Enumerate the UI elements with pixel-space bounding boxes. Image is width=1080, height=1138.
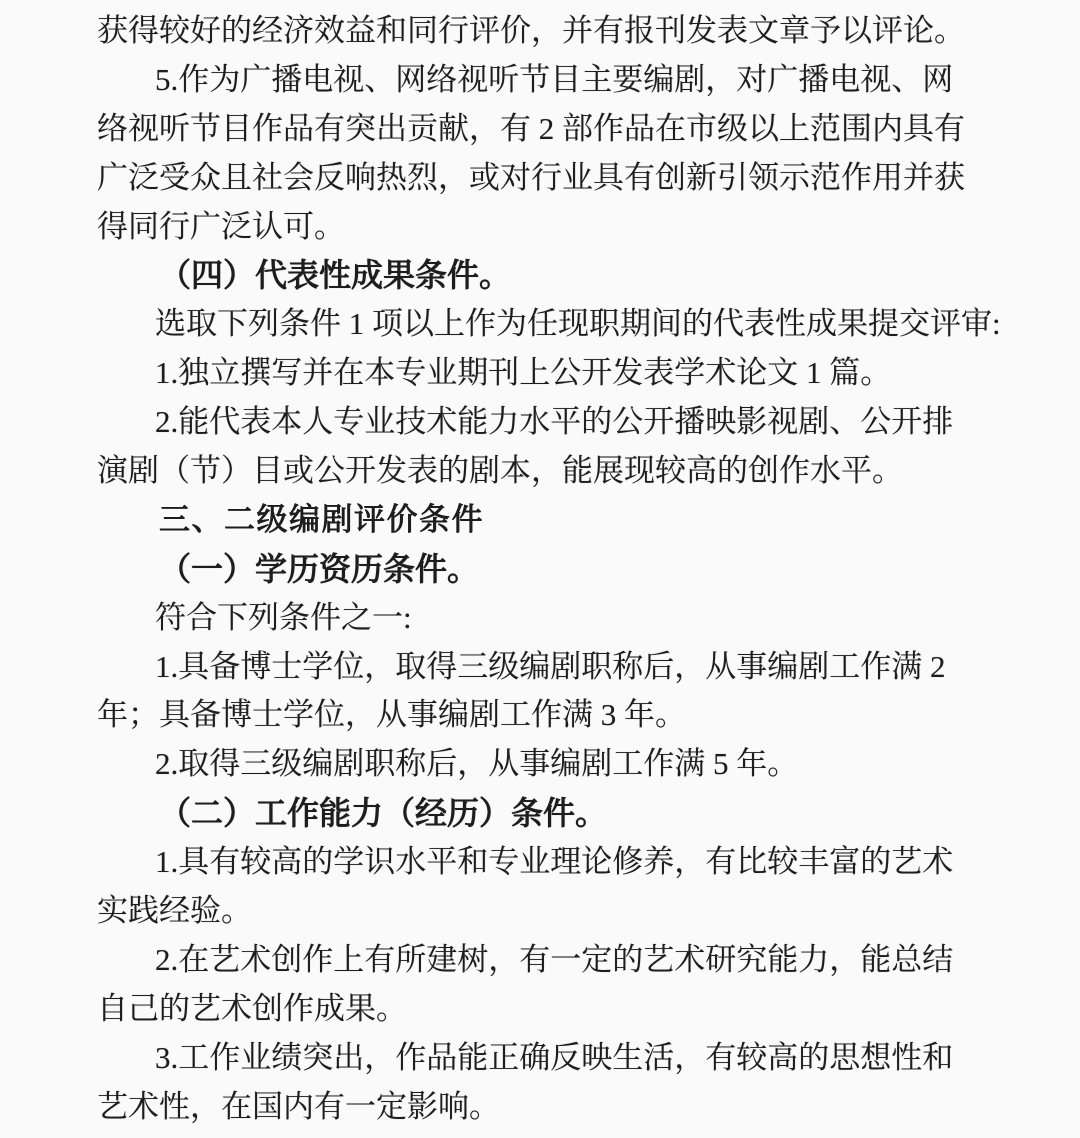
text-line: 艺术性，在国内有一定影响。 — [97, 1083, 1002, 1132]
text-line: 得同行广泛认可。 — [97, 203, 1002, 252]
section-heading: 三、二级编剧评价条件 — [97, 496, 1002, 545]
text-line: 实践经验。 — [97, 887, 1002, 936]
document-text-column: 获得较好的经济效益和同行评价，并有报刊发表文章予以评论。5.作为广播电视、网络视… — [97, 7, 1002, 1131]
text-line: 2.取得三级编剧职称后，从事编剧工作满 5 年。 — [97, 740, 1002, 789]
text-line: 2.能代表本人专业技术能力水平的公开播映影视剧、公开排 — [97, 398, 1002, 447]
text-line: 获得较好的经济效益和同行评价，并有报刊发表文章予以评论。 — [97, 7, 1002, 56]
text-line: 年；具备博士学位，从事编剧工作满 3 年。 — [97, 691, 1002, 740]
text-line: 自己的艺术创作成果。 — [97, 985, 1002, 1034]
section-heading: （四）代表性成果条件。 — [97, 251, 1002, 300]
text-line: 络视听节目作品有突出贡献，有 2 部作品在市级以上范围内具有 — [97, 105, 1002, 154]
text-line: 1.具备博士学位，取得三级编剧职称后，从事编剧工作满 2 — [97, 643, 1002, 692]
text-line: 符合下列条件之一: — [97, 594, 1002, 643]
text-line: 5.作为广播电视、网络视听节目主要编剧，对广播电视、网 — [97, 56, 1002, 105]
scanned-document-page: { "page": { "background_color": "#fafafa… — [0, 0, 1080, 1138]
section-heading: （一）学历资历条件。 — [97, 545, 1002, 594]
text-line: 1.具有较高的学识水平和专业理论修养，有比较丰富的艺术 — [97, 838, 1002, 887]
text-line: 2.在艺术创作上有所建树，有一定的艺术研究能力，能总结 — [97, 936, 1002, 985]
text-line: 演剧（节）目或公开发表的剧本，能展现较高的创作水平。 — [97, 447, 1002, 496]
text-line: 3.工作业绩突出，作品能正确反映生活，有较高的思想性和 — [97, 1034, 1002, 1083]
section-heading: （二）工作能力（经历）条件。 — [97, 789, 1002, 838]
text-line: 1.独立撰写并在本专业期刊上公开发表学术论文 1 篇。 — [97, 349, 1002, 398]
text-line: 选取下列条件 1 项以上作为任现职期间的代表性成果提交评审: — [97, 300, 1002, 349]
text-line: 广泛受众且社会反响热烈，或对行业具有创新引领示范作用并获 — [97, 154, 1002, 203]
